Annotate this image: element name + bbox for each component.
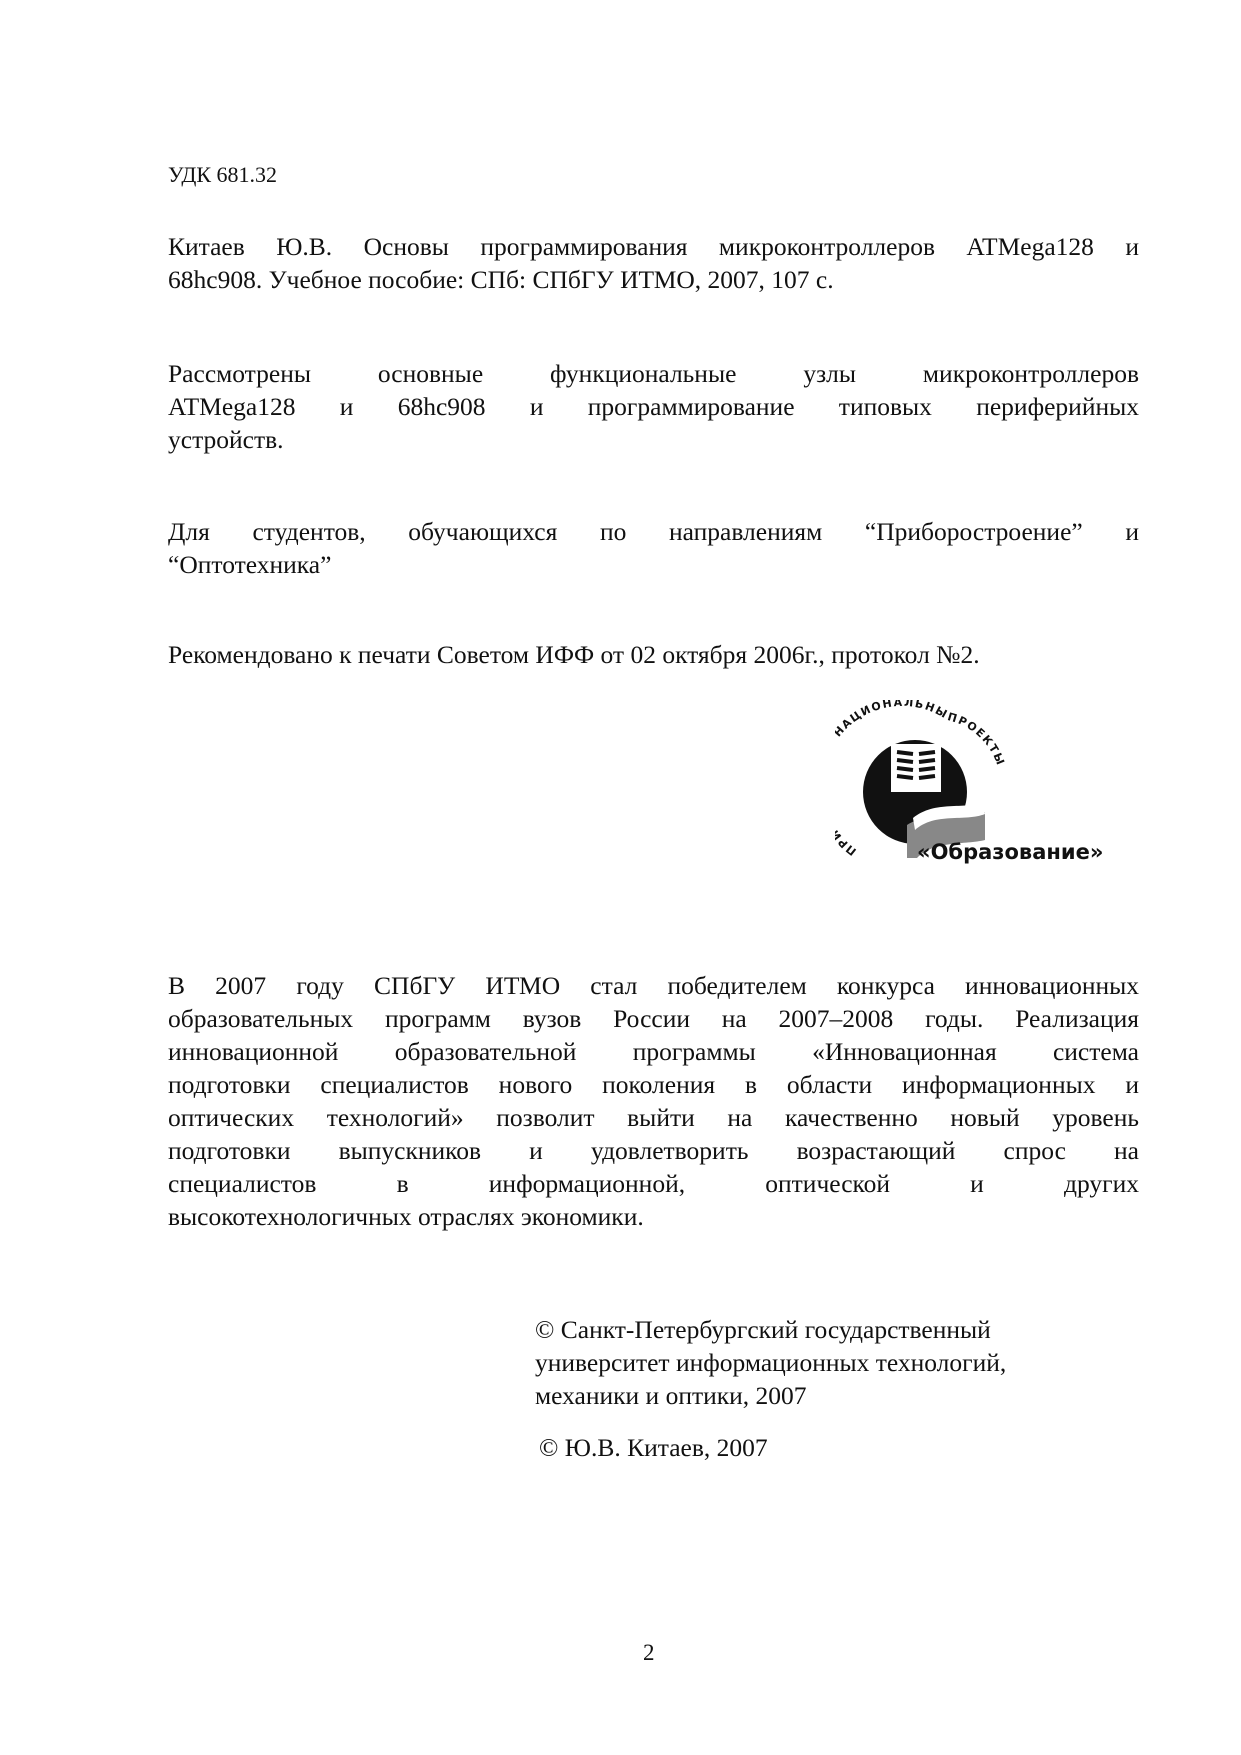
logo-caption: «Образование» — [917, 840, 1103, 864]
udk-code: УДК 681.32 — [168, 158, 1139, 191]
award-line: инновационной образовательной программы … — [168, 1035, 1139, 1068]
abstract: Рассмотрены основные функциональные узлы… — [168, 357, 1139, 456]
publication-recommendation: Рекомендовано к печати Советом ИФФ от 02… — [168, 638, 1139, 671]
abstract-line: Рассмотрены основные функциональные узлы… — [168, 357, 1139, 390]
award-paragraph: В 2007 году СПбГУ ИТМО стал победителем … — [168, 969, 1139, 1233]
award-line: В 2007 году СПбГУ ИТМО стал победителем … — [168, 969, 1139, 1002]
audience-line: Для студентов, обучающихся по направлени… — [168, 515, 1139, 548]
audience-note: Для студентов, обучающихся по направлени… — [168, 515, 1139, 581]
award-line: специалистов в информационной, оптическо… — [168, 1167, 1139, 1200]
copyright-line: университет информационных технологий, — [535, 1346, 1095, 1379]
audience-line: “Оптотехника” — [168, 548, 1139, 581]
citation-line: Китаев Ю.В. Основы программирования микр… — [168, 230, 1139, 263]
award-line: образовательных программ вузов России на… — [168, 1002, 1139, 1035]
copyright-university: © Санкт-Петербургский государственный ун… — [535, 1313, 1095, 1412]
copyright-line: механики и оптики, 2007 — [535, 1379, 1095, 1412]
award-line: высокотехнологичных отраслях экономики. — [168, 1200, 1139, 1233]
citation-line: 68hc908. Учебное пособие: СПб: СПбГУ ИТМ… — [168, 263, 1139, 296]
copyright-author: © Ю.В. Китаев, 2007 — [539, 1431, 768, 1464]
award-line: подготовки выпускников и удовлетворить в… — [168, 1134, 1139, 1167]
abstract-line: ATMega128 и 68hc908 и программирование т… — [168, 390, 1139, 423]
award-line: подготовки специалистов нового поколения… — [168, 1068, 1139, 1101]
award-line: оптических технологий» позволит выйти на… — [168, 1101, 1139, 1134]
copyright-line: © Санкт-Петербургский государственный — [535, 1313, 1095, 1346]
abstract-line: устройств. — [168, 423, 1139, 456]
page-number: 2 — [643, 1640, 655, 1666]
bibliographic-citation: Китаев Ю.В. Основы программирования микр… — [168, 230, 1139, 296]
